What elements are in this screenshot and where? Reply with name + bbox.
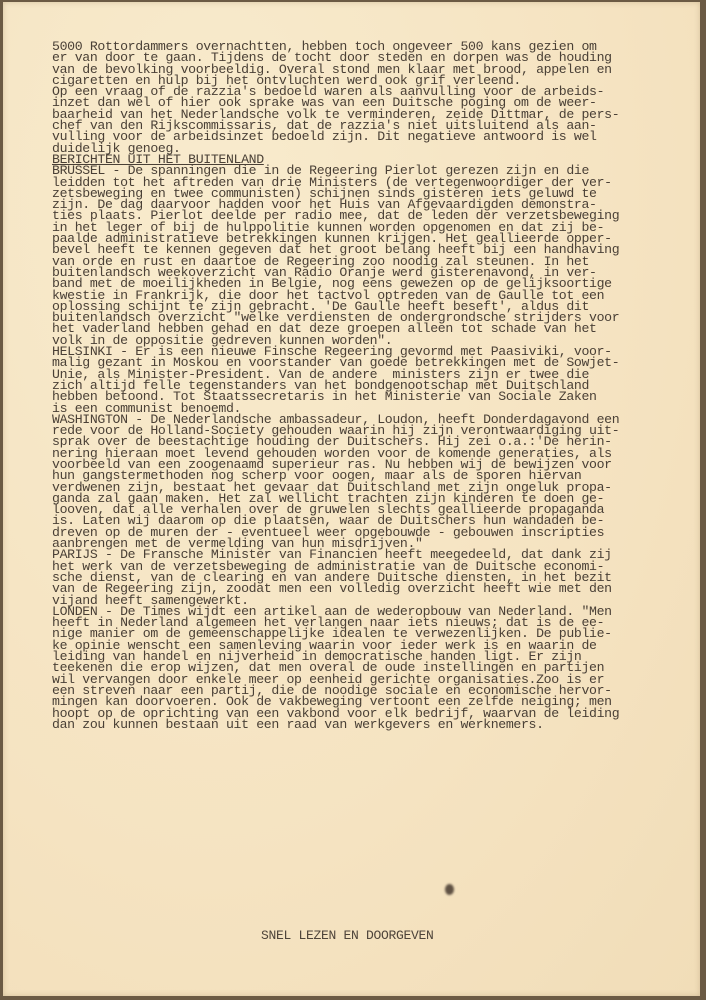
ink-blot <box>445 884 454 895</box>
typewritten-page: 5000 Rottordammers overnachtten, hebben … <box>3 2 700 996</box>
footer-instruction: SNEL LEZEN EN DOORGEVEN <box>261 928 434 943</box>
page-body-text: 5000 Rottordammers overnachtten, hebben … <box>52 41 702 730</box>
